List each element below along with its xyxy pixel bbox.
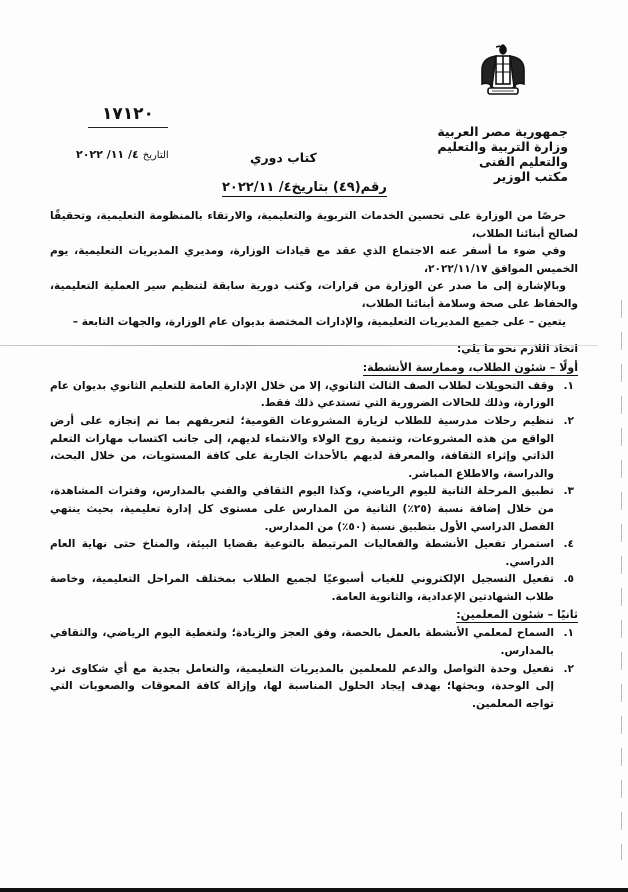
document-type: كتاب دوري — [250, 150, 317, 165]
letterhead-block: جمهورية مصر العربية وزارة التربية والتعل… — [418, 124, 568, 184]
date-label: التاريخ — [143, 150, 169, 161]
section-teachers: ثانيًا – شئون المعلمين: ١.السماح لمعلمي … — [50, 606, 578, 713]
item-number: ٢. — [564, 413, 575, 431]
section-title: أولًا – شئون الطلاب، وممارسة الأنشطة: — [363, 361, 578, 376]
date-value: ٤/ ١١/ ٢٠٢٢ — [76, 148, 139, 161]
document-body: حرصًا من الوزارة على تحسين الخدمات الترب… — [50, 208, 578, 713]
scan-fold-line — [0, 345, 598, 346]
letterhead-office: مكتب الوزير — [418, 169, 568, 184]
letterhead-ministry: وزارة التربية والتعليم والتعليم الفنى — [418, 139, 568, 169]
numbered-list: ١.وقف التحويلات لطلاب الصف الثالث الثانو… — [50, 378, 578, 607]
section-students: أولًا – شئون الطلاب، وممارسة الأنشطة: ١.… — [50, 359, 578, 607]
list-item: ٣.تطبيق المرحلة الثانية لليوم الرياضي، و… — [50, 483, 578, 536]
item-text: استمرار تفعيل الأنشطة والفعاليات المرتبط… — [50, 538, 554, 568]
intro-paragraph: وبالإشارة إلى ما صدر عن الوزارة من قرارا… — [50, 278, 578, 313]
item-number: ٢. — [564, 661, 575, 679]
intro-paragraph: حرصًا من الوزارة على تحسين الخدمات الترب… — [50, 208, 578, 243]
item-text: تنظيم رحلات مدرسية للطلاب لزيارة المشروع… — [50, 415, 554, 480]
intro-paragraph: يتعين – على جميع المديريات التعليمية، وا… — [50, 314, 578, 332]
list-item: ١.وقف التحويلات لطلاب الصف الثالث الثانو… — [50, 378, 578, 413]
eagle-emblem-icon — [478, 42, 528, 100]
list-item: ٢.تنظيم رحلات مدرسية للطلاب لزيارة المشر… — [50, 413, 578, 483]
scanned-document-page: جمهورية مصر العربية وزارة التربية والتعل… — [0, 0, 628, 892]
item-number: ٣. — [564, 483, 575, 501]
item-number: ١. — [564, 625, 575, 643]
scan-edge-line — [621, 300, 622, 860]
item-text: تفعيل وحدة التواصل والدعم للمعلمين بالمد… — [50, 663, 554, 710]
list-item: ٢.تفعيل وحدة التواصل والدعم للمعلمين بال… — [50, 661, 578, 714]
serial-number: ١٧١٢٠ — [88, 104, 168, 128]
item-text: وقف التحويلات لطلاب الصف الثالث الثانوي،… — [50, 380, 554, 410]
item-text: تطبيق المرحلة الثانية لليوم الرياضي، وكذ… — [50, 485, 554, 532]
circular-number-line: رقم(٤٩) بتاريخ٤/ ٢٠٢٢/١١ — [222, 180, 387, 197]
section-title: ثانيًا – شئون المعلمين: — [456, 608, 578, 623]
item-number: ١. — [564, 378, 575, 396]
item-number: ٥. — [564, 571, 575, 589]
list-item: ١.السماح لمعلمي الأنشطة بالعمل بالحصة، و… — [50, 625, 578, 660]
letterhead-country: جمهورية مصر العربية — [418, 124, 568, 139]
intro-paragraph: وفي ضوء ما أسفر عنه الاجتماع الذي عقد مع… — [50, 243, 578, 278]
list-item: ٥.تفعيل التسجيل الإلكتروني للغياب أسبوعي… — [50, 571, 578, 606]
item-text: تفعيل التسجيل الإلكتروني للغياب أسبوعيًا… — [50, 573, 554, 603]
numbered-list: ١.السماح لمعلمي الأنشطة بالعمل بالحصة، و… — [50, 625, 578, 713]
intro-paragraph: اتخاذ اللازم نحو ما يلي: — [50, 341, 578, 359]
item-text: السماح لمعلمي الأنشطة بالعمل بالحصة، وفق… — [50, 627, 554, 657]
scan-bottom-border — [0, 888, 628, 892]
item-number: ٤. — [564, 536, 575, 554]
list-item: ٤.استمرار تفعيل الأنشطة والفعاليات المرت… — [50, 536, 578, 571]
date-row: التاريخ٤/ ١١/ ٢٠٢٢ — [76, 148, 169, 161]
